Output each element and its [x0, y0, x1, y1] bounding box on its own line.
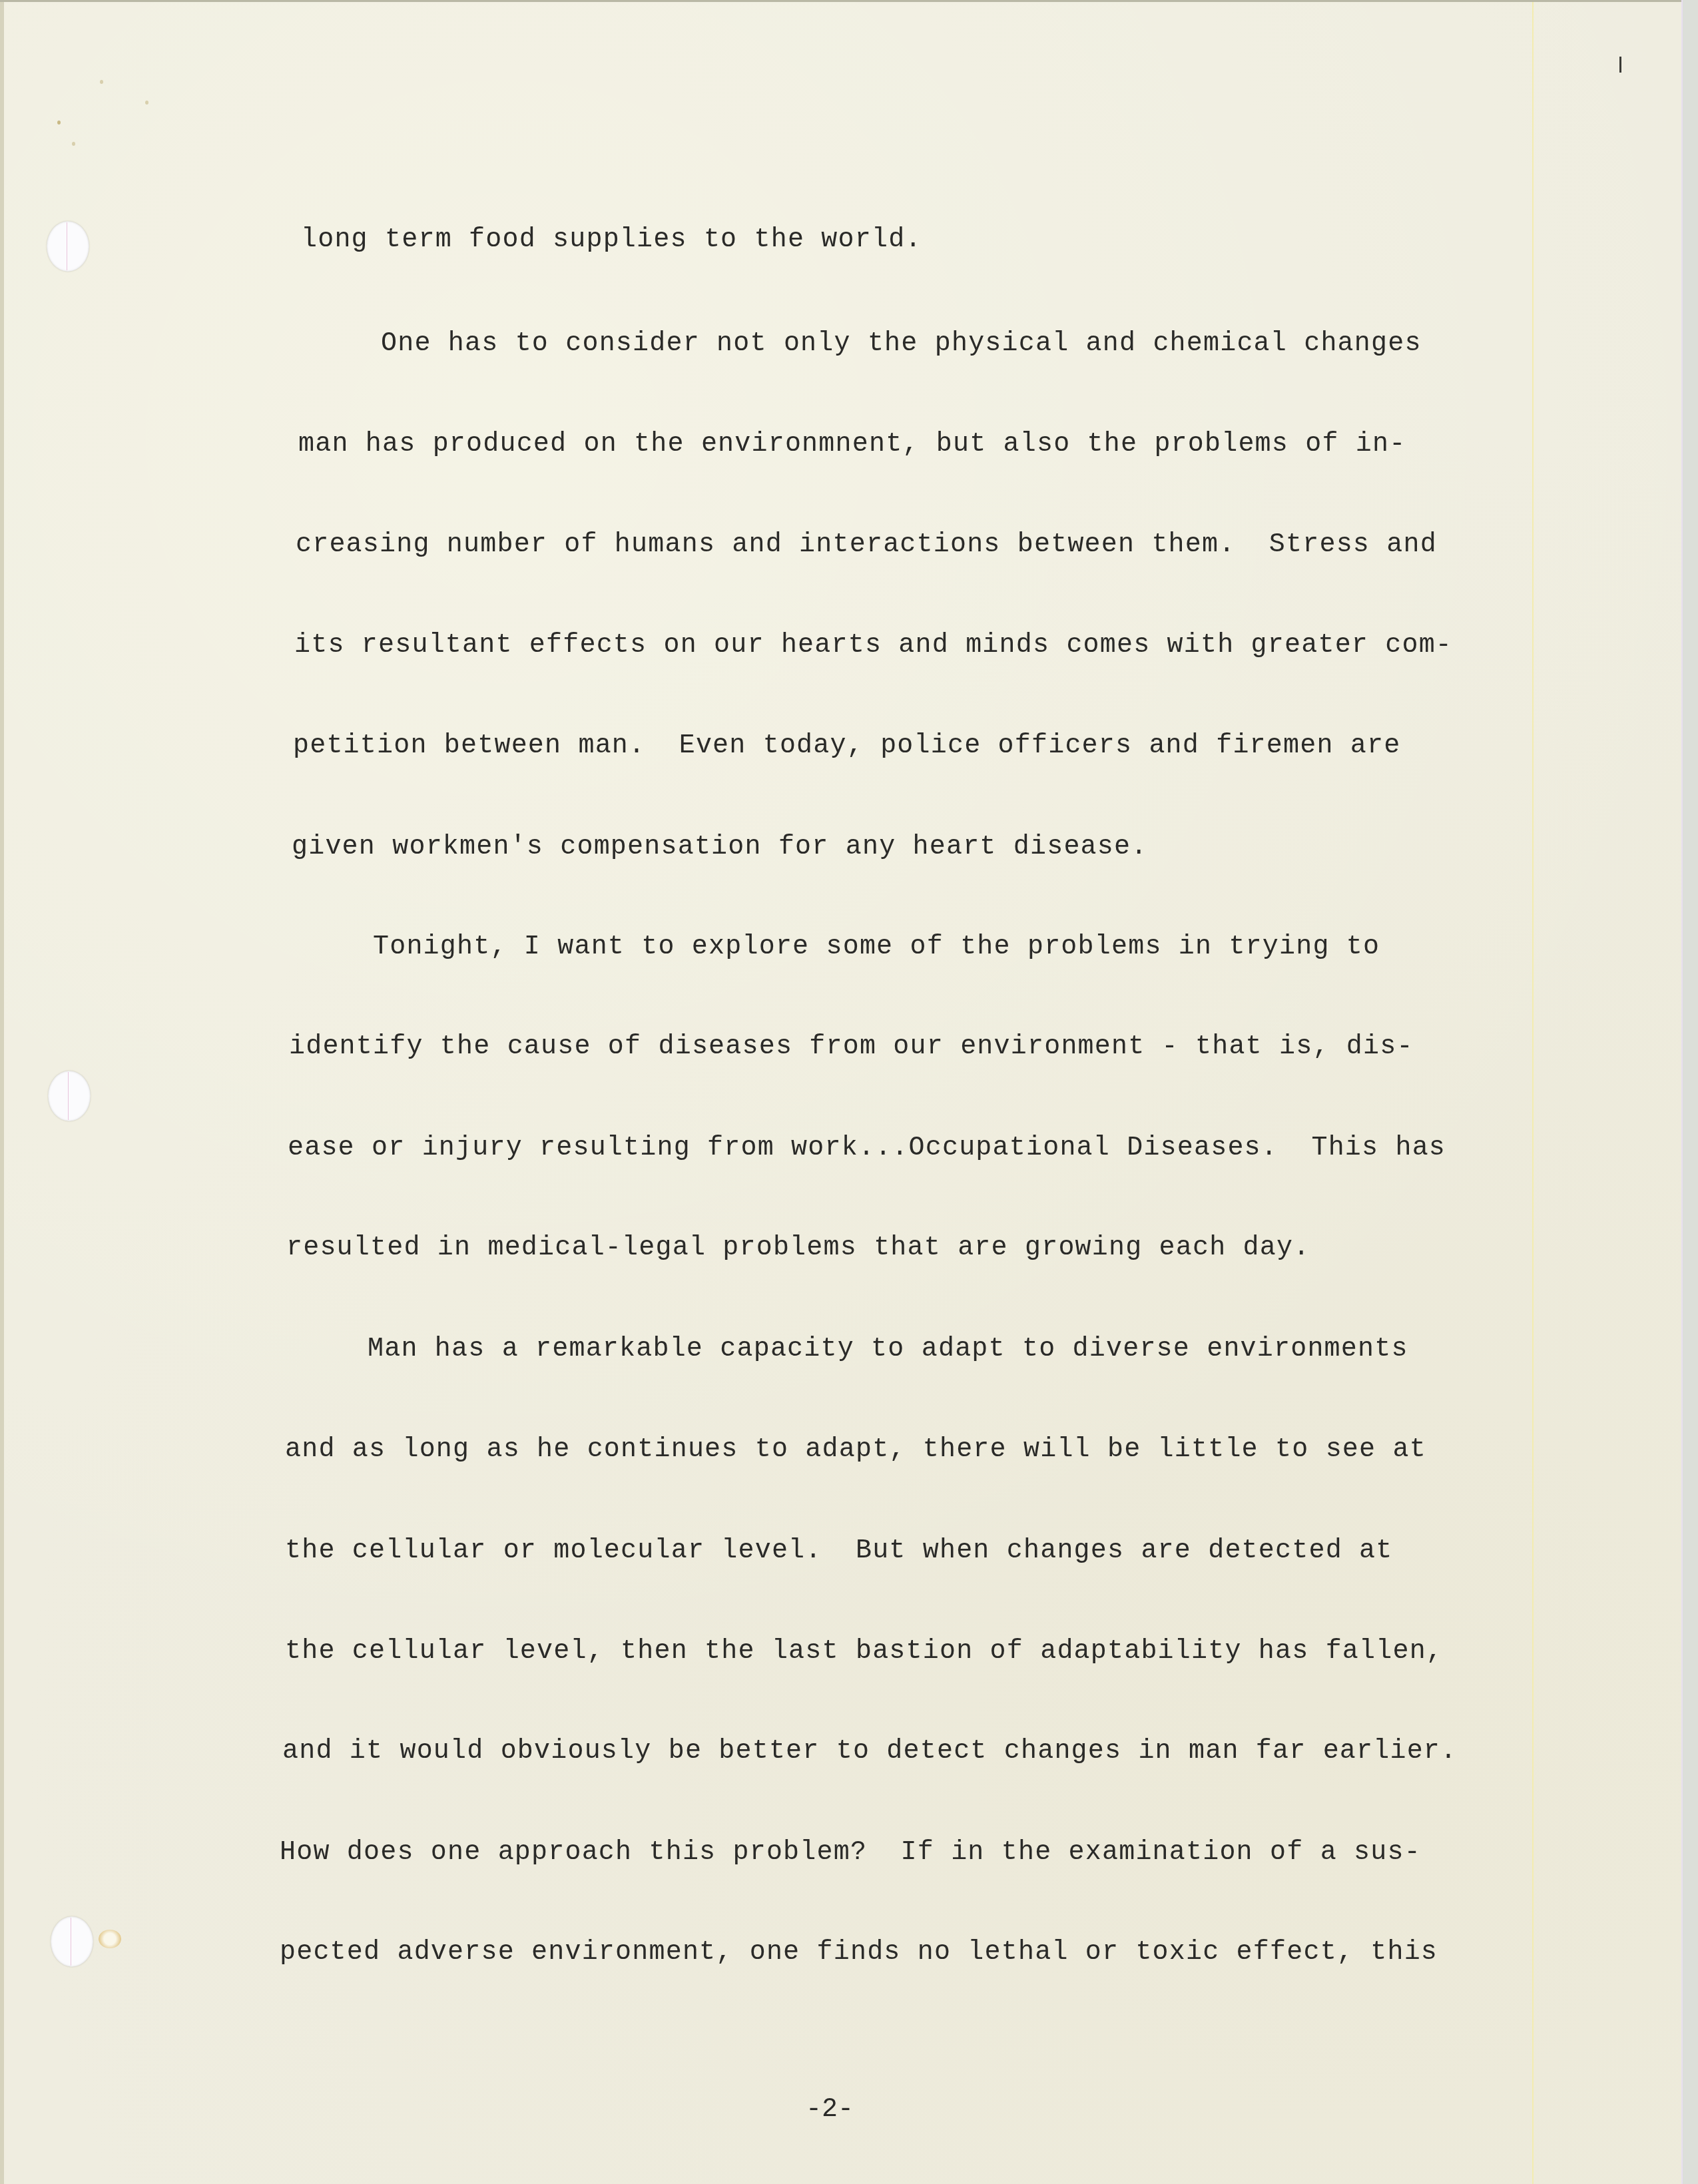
- paper-speck: [145, 101, 148, 105]
- text-line: its resultant effects on our hearts and …: [294, 633, 1452, 659]
- text-line: ease or injury resulting from work...Occ…: [288, 1135, 1446, 1162]
- punch-hole-bottom: [51, 1916, 93, 1967]
- text-line: long term food supplies to the world.: [301, 227, 922, 254]
- text-line: the cellular or molecular level. But whe…: [285, 1538, 1392, 1565]
- document-page: long term food supplies to the world. On…: [0, 0, 1681, 2184]
- typed-body-text: long term food supplies to the world. On…: [0, 2, 67, 691]
- stray-ink-mark: [1619, 57, 1621, 73]
- text-line-indented: Tonight, I want to explore some of the p…: [373, 934, 1380, 961]
- text-line-indented: One has to consider not only the physica…: [381, 331, 1422, 358]
- text-line: given workmen's compensation for any hea…: [292, 834, 1147, 861]
- text-line: and it would obviously be better to dete…: [282, 1739, 1457, 1765]
- text-line: the cellular level, then the last bastio…: [285, 1639, 1443, 1665]
- scan-border-right: [1681, 0, 1698, 2184]
- page-number: -2-: [806, 2095, 854, 2125]
- text-line-indented: Man has a remarkable capacity to adapt t…: [368, 1336, 1408, 1363]
- text-line: How does one approach this problem? If i…: [280, 1840, 1421, 1866]
- paper-speck: [72, 142, 75, 146]
- text-line: and as long as he continues to adapt, th…: [285, 1437, 1426, 1464]
- text-line: pected adverse environment, one finds no…: [280, 1940, 1438, 1966]
- text-line: man has produced on the environmnent, bu…: [298, 431, 1406, 458]
- right-margin-line: [1532, 2, 1534, 2184]
- paper-speck: [100, 80, 103, 84]
- punch-hole-middle: [48, 1071, 91, 1121]
- torn-hole-edge: [99, 1930, 121, 1948]
- text-line: identify the cause of diseases from our …: [289, 1034, 1414, 1061]
- text-line: creasing number of humans and interactio…: [296, 532, 1437, 559]
- text-line: petition between man. Even today, police…: [293, 733, 1400, 760]
- text-line: resulted in medical-legal problems that …: [286, 1235, 1310, 1262]
